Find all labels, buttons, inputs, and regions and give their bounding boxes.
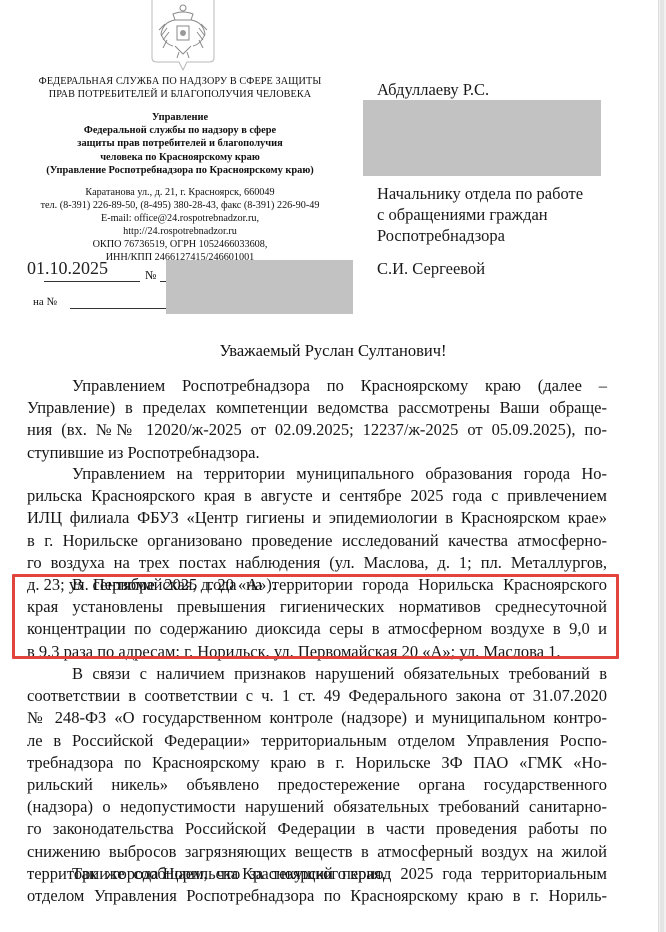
scroll-thumb[interactable]	[660, 0, 664, 932]
paragraph: Управлением Роспотребнадзора по Краснояр…	[27, 375, 607, 464]
department-line: человека по Красноярскому краю	[0, 151, 360, 164]
address-line: Каратанова ул., д. 21, г. Красноярск, 66…	[0, 187, 360, 200]
text-line: ступившие из Роспотребнадзора.	[27, 442, 607, 464]
text-line: ния (вх. №№ 12020/ж-2025 от 02.09.2025; …	[27, 419, 607, 441]
text-line: в г. Норильске организовано проведение и…	[27, 530, 607, 552]
department-line: защиты прав потребителей и благополучия	[0, 137, 360, 150]
addressee-name: Абдуллаеву Р.С.	[377, 79, 489, 100]
text-line: отделом Управления Роспотребнадзора по К…	[27, 885, 607, 907]
salutation: Уважаемый Руслан Султанович!	[0, 341, 666, 361]
department-block: Управление Федеральной службы по надзору…	[0, 111, 360, 177]
recipient-position-line: Роспотребнадзора	[377, 225, 583, 246]
red-highlight-box	[12, 574, 619, 659]
text-line: ИЛЦ филиала ФБУЗ «Центр гигиены и эпидем…	[27, 507, 607, 529]
recipient-position-line: с обращениями граждан	[377, 204, 583, 225]
text-line: Управление) в пределах компетенции ведом…	[27, 397, 607, 419]
text-line: В связи с наличием признаков нарушений о…	[27, 663, 607, 685]
reference-label: на №	[33, 296, 57, 308]
text-line: рильска Красноярского края в августе и с…	[27, 485, 607, 507]
department-line: Управление	[0, 111, 360, 124]
text-line: Так же сообщаем, что за текущий период 2…	[27, 863, 607, 885]
text-line: Управлением Роспотребнадзора по Краснояр…	[27, 375, 607, 397]
okpo-ogrn-line: ОКПО 76736519, ОГРН 1052466033608,	[0, 239, 360, 252]
text-line: ле в Российской Федерации» территориальн…	[27, 730, 607, 752]
redacted-addressee-block	[363, 100, 601, 176]
department-line: Федеральной службы по надзору в сфере	[0, 124, 360, 137]
text-line: го воздуха на трех постах наблюдения (ул…	[27, 552, 607, 574]
text-line: снижению выбросов загрязняющих веществ в…	[27, 841, 607, 863]
redacted-number-block	[166, 260, 353, 314]
text-line: (надзора) о недопустимости нарушений обя…	[27, 796, 607, 818]
email-line: E-mail: office@24.rospotrebnadzor.ru,	[0, 213, 360, 226]
recipient-position-line: Начальнику отдела по работе	[377, 183, 583, 204]
department-line: (Управление Роспотребнадзора по Краснояр…	[0, 164, 360, 177]
text-line: Управлением на территории муниципального…	[27, 463, 607, 485]
text-line: соответствии в соответствии с ч. 1 ст. 4…	[27, 685, 607, 707]
text-line: требнадзора по Красноярскому краю в г. Н…	[27, 752, 607, 774]
website-line: http://24.rospotrebnadzor.ru	[0, 226, 360, 239]
agency-name-line: ФЕДЕРАЛЬНАЯ СЛУЖБА ПО НАДЗОРУ В СФЕРЕ ЗА…	[0, 75, 360, 88]
reference-underline	[70, 308, 170, 309]
paragraph: Так же сообщаем, что за текущий период 2…	[27, 863, 607, 907]
number-label: №	[145, 268, 156, 283]
phone-line: тел. (8-391) 226-89-50, (8-495) 380-28-4…	[0, 200, 360, 213]
paragraph: В связи с наличием признаков нарушений о…	[27, 663, 607, 885]
recipient-position: Начальнику отдела по работе с обращениям…	[377, 183, 583, 246]
scrollbar[interactable]	[658, 0, 666, 932]
text-line: № 248-ФЗ «О государственном контроле (на…	[27, 707, 607, 729]
agency-name-line: ПРАВ ПОТРЕБИТЕЛЕЙ И БЛАГОПОЛУЧИЯ ЧЕЛОВЕК…	[0, 88, 360, 101]
contacts-block: Каратанова ул., д. 21, г. Красноярск, 66…	[0, 187, 360, 264]
text-line: рильский никель» объявлено предостережен…	[27, 774, 607, 796]
recipient-name: С.И. Сергеевой	[377, 258, 485, 279]
russian-coat-of-arms-icon	[149, 0, 217, 72]
text-line: го законодательства Российской Федерации…	[27, 818, 607, 840]
document-date: 01.10.2025	[27, 258, 108, 279]
date-underline	[44, 281, 140, 282]
